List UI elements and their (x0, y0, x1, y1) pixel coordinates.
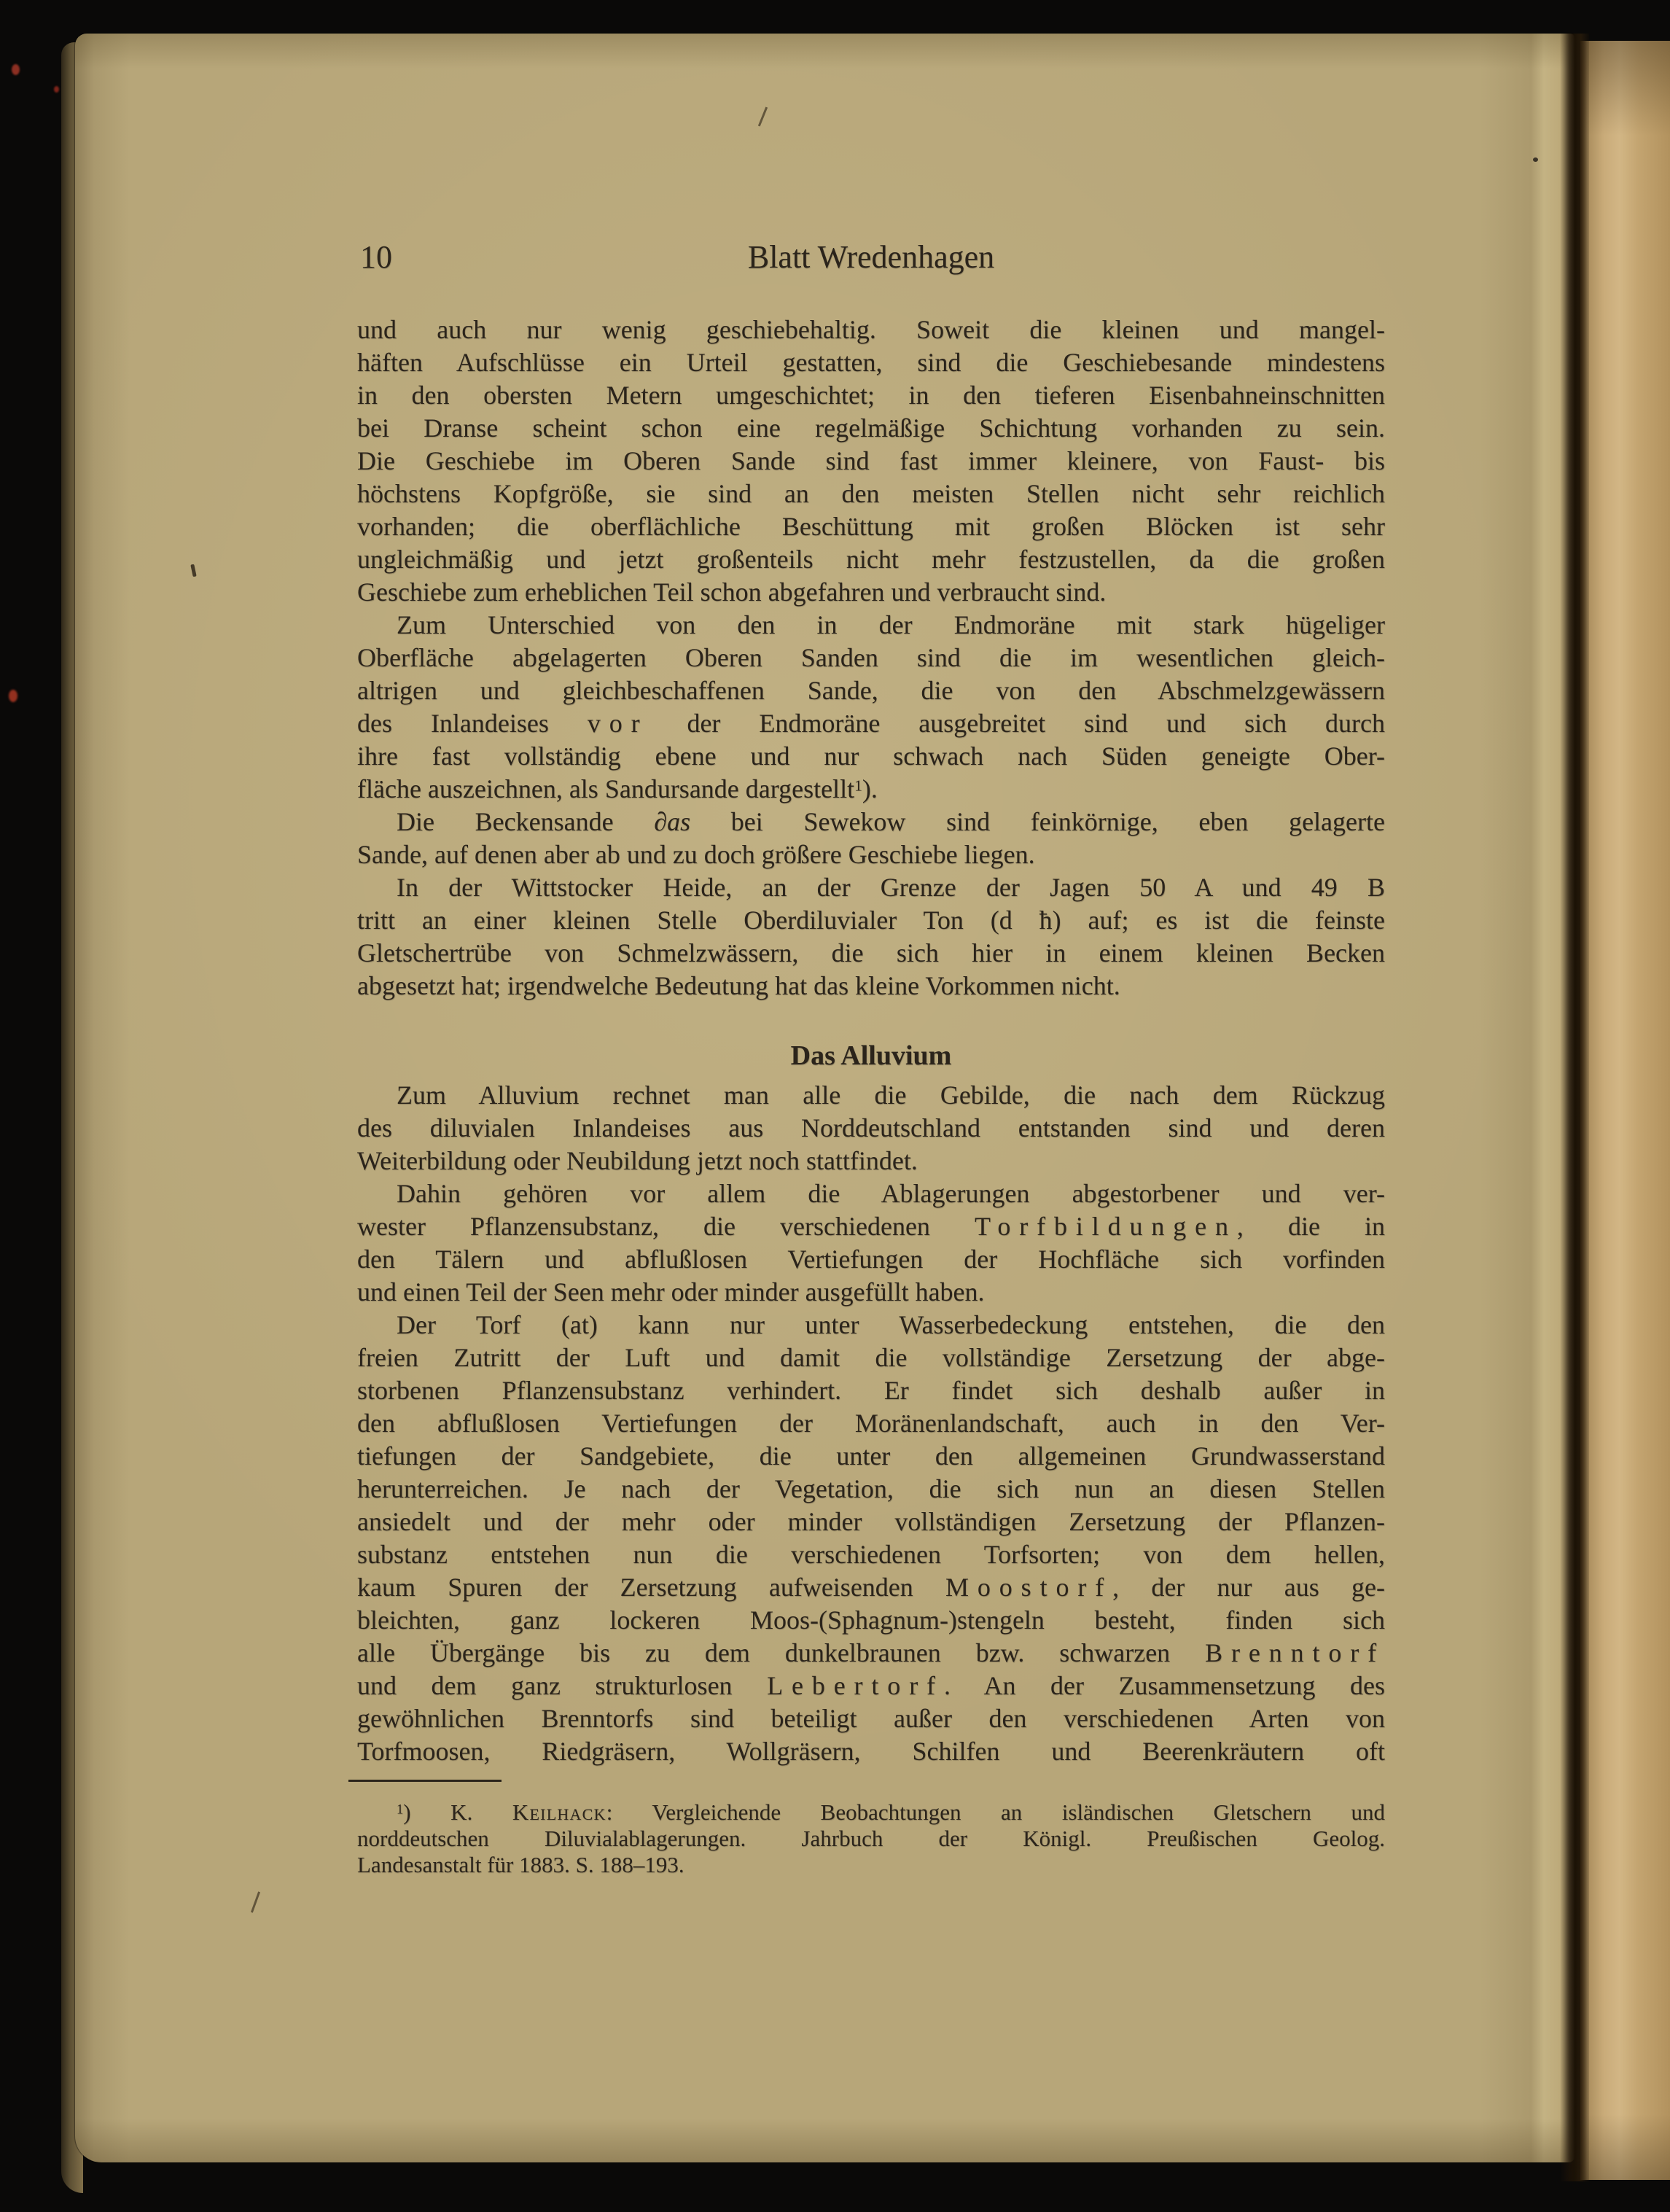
text-line: tritt an einer kleinen Stelle Oberdiluvi… (357, 904, 1385, 937)
text-line: Weiterbildung oder Neubildung jetzt noch… (357, 1145, 1385, 1177)
pencil-mark (251, 1891, 260, 1912)
page-number: 10 (360, 239, 392, 276)
book-page: 10 Blatt Wredenhagen und auch nur wenig … (75, 34, 1575, 2162)
text-line: und auch nur wenig geschiebehaltig. Sowe… (357, 314, 1385, 346)
text-line: storbenen Pflanzensubstanz verhindert. E… (357, 1374, 1385, 1407)
text-line: kaum Spuren der Zersetzung aufweisenden … (357, 1571, 1385, 1604)
page-header: 10 Blatt Wredenhagen (357, 239, 1385, 276)
facing-page-edge (1580, 41, 1670, 2180)
scan-speck (9, 690, 17, 702)
footnote: 1) K. Keilhack: Vergleichende Beobachtun… (357, 1799, 1385, 1878)
text-line: Landesanstalt für 1883. S. 188–193. (357, 1852, 1385, 1878)
text-line: substanz entstehen nun die verschiedenen… (357, 1538, 1385, 1571)
section-heading: Das Alluvium (357, 1039, 1385, 1072)
text-line: Die Geschiebe im Oberen Sande sind fast … (357, 445, 1385, 478)
text-line: vorhanden; die oberflächliche Beschüttun… (357, 510, 1385, 543)
text-line: bei Dranse scheint schon eine regelmäßig… (357, 412, 1385, 445)
text-line: den Tälern und abflußlosen Vertiefungen … (357, 1243, 1385, 1276)
text-line: Geschiebe zum erheblichen Teil schon abg… (357, 576, 1385, 609)
text-line: höchstens Kopfgröße, sie sind an den mei… (357, 478, 1385, 510)
text-line: bleichten, ganz lockeren Moos-(Sphagnum-… (357, 1604, 1385, 1637)
text-line: tiefungen der Sandgebiete, die unter den… (357, 1440, 1385, 1473)
pencil-mark (758, 106, 768, 126)
body-text-lower: Zum Alluvium rechnet man alle die Gebild… (357, 1079, 1385, 1768)
text-line: ungleichmäßig und jetzt großenteils nich… (357, 543, 1385, 576)
text-line: gewöhnlichen Brenntorfs sind beteiligt a… (357, 1702, 1385, 1735)
text-line: 1) K. Keilhack: Vergleichende Beobachtun… (357, 1799, 1385, 1826)
text-line: freien Zutritt der Luft und damit die vo… (357, 1341, 1385, 1374)
text-line: Zum Alluvium rechnet man alle die Gebild… (357, 1079, 1385, 1112)
text-line: ihre fast vollständig ebene und nur schw… (357, 740, 1385, 773)
text-line: Zum Unterschied von den in der Endmoräne… (357, 609, 1385, 642)
scan-speck (12, 64, 20, 75)
text-line: Torfmoosen, Riedgräsern, Wollgräsern, Sc… (357, 1735, 1385, 1768)
text-line: und dem ganz strukturlosen Lebertorf. An… (357, 1670, 1385, 1702)
text-line: Die Beckensande ∂as bei Sewekow sind fei… (357, 806, 1385, 838)
text-column: und auch nur wenig geschiebehaltig. Sowe… (357, 314, 1385, 1878)
text-line: alle Übergänge bis zu dem dunkelbraunen … (357, 1637, 1385, 1670)
text-line: Gletschertrübe von Schmelzwässern, die s… (357, 937, 1385, 970)
text-line: abgesetzt hat; irgendwelche Bedeutung ha… (357, 970, 1385, 1002)
pencil-mark (190, 564, 196, 577)
book-scan: 10 Blatt Wredenhagen und auch nur wenig … (0, 0, 1670, 2212)
text-line: des Inlandeises vor der Endmoräne ausgeb… (357, 707, 1385, 740)
ink-speck (1533, 157, 1538, 162)
text-line: norddeutschen Diluvialablagerungen. Jahr… (357, 1826, 1385, 1852)
text-line: Dahin gehören vor allem die Ablagerungen… (357, 1177, 1385, 1210)
running-title: Blatt Wredenhagen (357, 239, 1385, 276)
text-line: Sande, auf denen aber ab und zu doch grö… (357, 838, 1385, 871)
text-line: ansiedelt und der mehr oder minder volls… (357, 1506, 1385, 1538)
text-line: Oberfläche abgelagerten Oberen Sanden si… (357, 642, 1385, 674)
text-line: wester Pflanzensubstanz, die verschieden… (357, 1210, 1385, 1243)
text-line: und einen Teil der Seen mehr oder minder… (357, 1276, 1385, 1309)
footnote-rule (348, 1780, 502, 1782)
text-line: In der Wittstocker Heide, an der Grenze … (357, 871, 1385, 904)
text-line: altrigen und gleichbeschaffenen Sande, d… (357, 674, 1385, 707)
text-line: Der Torf (at) kann nur unter Wasserbedec… (357, 1309, 1385, 1341)
text-line: in den obersten Metern umgeschichtet; in… (357, 379, 1385, 412)
book-gutter-shadow (1560, 34, 1589, 2181)
text-line: häften Aufschlüsse ein Urteil gestatten,… (357, 346, 1385, 379)
scan-speck (54, 86, 59, 93)
body-text-upper: und auch nur wenig geschiebehaltig. Sowe… (357, 314, 1385, 1002)
text-line: herunterreichen. Je nach der Vegetation,… (357, 1473, 1385, 1506)
text-line: fläche auszeichnen, als Sandursande darg… (357, 773, 1385, 806)
text-line: des diluvialen Inlandeises aus Norddeuts… (357, 1112, 1385, 1145)
text-line: den abflußlosen Vertiefungen der Moränen… (357, 1407, 1385, 1440)
